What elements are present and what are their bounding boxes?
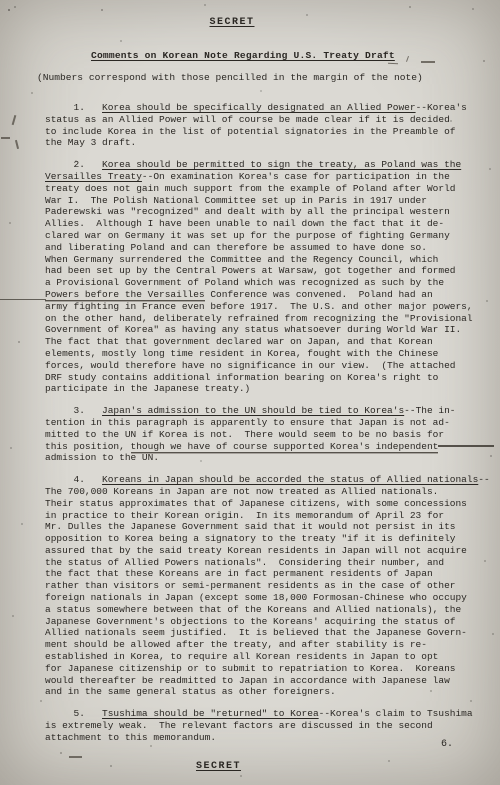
text-line: 3. Japan's admission to the UN should be…: [45, 405, 494, 417]
text-line: to include Korea in the list of potentia…: [45, 126, 494, 138]
text-line: Powers before the Versailles Conference …: [45, 289, 494, 301]
text-line: participate in the Japanese treaty.): [45, 383, 494, 395]
text-line: Allied nationals seem justified. It is b…: [45, 627, 494, 639]
text-segment: rather than visitors or semi-permanent r…: [45, 580, 455, 591]
text-segment: would thereafter be readmitted to Japan …: [45, 675, 450, 686]
document-title: Comments on Korean Note Regarding U.S. T…: [91, 50, 395, 61]
pencil-mark: [1, 137, 10, 139]
text-line: The 700,000 Koreans in Japan are not now…: [45, 486, 494, 498]
text-line: assured that by the said treaty Korean r…: [45, 545, 494, 557]
classification-header: SECRET: [0, 17, 464, 28]
text-segment: army fighting in France even before 1917…: [45, 301, 473, 312]
text-segment: though we have of course supported Korea…: [131, 441, 439, 452]
text-segment: Korea should be specifically designated …: [102, 102, 416, 113]
document-paragraphs: 1. Korea should be specifically designat…: [45, 102, 494, 744]
text-segment: and liberating Poland and can therefore …: [45, 242, 427, 253]
text-segment: treaty does not gain much support from t…: [45, 183, 455, 194]
text-segment: Koreans in Japan should be accorded the …: [102, 474, 478, 485]
text-segment: --Korea's claim to Tsushima: [319, 708, 473, 719]
text-line: army fighting in France even before 1917…: [45, 301, 494, 313]
text-segment: had been set up by the Central Powers at…: [45, 265, 455, 276]
pencil-rule: [438, 445, 494, 446]
text-line: When Germany surrendered the Committee a…: [45, 254, 494, 266]
text-segment: Allied nationals seem justified. It is b…: [45, 627, 467, 638]
text-segment: assured that by the said treaty Korean r…: [45, 545, 467, 556]
text-segment: and in the same general status as other …: [45, 686, 336, 697]
text-segment: in practice to their Korean origin. In i…: [45, 510, 444, 521]
text-segment: status as an Allied Power will of course…: [45, 114, 450, 125]
text-segment: is extremely weak. The relevant factors …: [45, 720, 433, 731]
text-line: 4. Koreans in Japan should be accorded t…: [45, 474, 494, 486]
text-line: clared war on Germany it was set up for …: [45, 230, 494, 242]
text-line: would thereafter be readmitted to Japan …: [45, 675, 494, 687]
text-segment: The fact that that government declared w…: [45, 336, 433, 347]
text-segment: --The in-: [404, 405, 455, 416]
text-segment: Powers before the Versailles: [45, 289, 205, 300]
paragraph: 3. Japan's admission to the UN should be…: [45, 405, 494, 464]
text-line: had been set up by the Central Powers at…: [45, 265, 494, 277]
pencil-mark: [12, 115, 16, 125]
text-segment: clared war on Germany it was set up for …: [45, 230, 450, 241]
text-segment: The 700,000 Koreans in Japan are not now…: [45, 486, 438, 497]
text-segment: the status of Allied Powers nationals". …: [45, 557, 444, 568]
text-line: tention in this paragraph is apparently …: [45, 417, 494, 429]
text-line: ment should be allowed after the treaty,…: [45, 639, 494, 651]
text-segment: Mr. Dulles the Japanese Government said …: [45, 521, 455, 532]
text-segment: ment should be allowed after the treaty,…: [45, 639, 427, 650]
paragraph: 1. Korea should be specifically designat…: [45, 102, 494, 149]
text-segment: 3.: [45, 405, 102, 416]
text-segment: Korea should be permitted to sign the tr…: [102, 159, 461, 170]
classification-footer: SECRET: [0, 761, 437, 772]
text-line: admission to the UN.: [45, 452, 494, 464]
text-segment: participate in the Japanese treaty.): [45, 383, 250, 394]
text-segment: opposition to Korea being a signatory to…: [45, 533, 455, 544]
text-line: Their status approximates that of Japane…: [45, 498, 494, 510]
text-line: War I. The Polish National Committee set…: [45, 195, 494, 207]
text-segment: --Korea's: [416, 102, 467, 113]
text-line: The fact that that government declared w…: [45, 336, 494, 348]
text-segment: forces, would therefore have no signific…: [45, 360, 455, 371]
text-line: Japanese Government's objections to the …: [45, 616, 494, 628]
text-segment: Allies. Although I have been unable to n…: [45, 218, 444, 229]
text-line: the status of Allied Powers nationals". …: [45, 557, 494, 569]
text-segment: a status somewhere between that of the K…: [45, 604, 461, 615]
text-segment: elements, mostly long time resident in K…: [45, 348, 438, 359]
text-segment: Tsushima should be "returned" to Korea: [102, 708, 319, 719]
text-line: 5. Tsushima should be "returned" to Kore…: [45, 708, 494, 720]
text-line: treaty does not gain much support from t…: [45, 183, 494, 195]
text-segment: DRF study contains additional informatio…: [45, 372, 438, 383]
text-segment: this position,: [45, 441, 131, 452]
text-line: in practice to their Korean origin. In i…: [45, 510, 494, 522]
text-segment: established in Korea, to require all Kor…: [45, 651, 438, 662]
document-body: 1. Korea should be specifically designat…: [45, 102, 494, 754]
text-line: for Japanese citizenship or to submit to…: [45, 663, 494, 675]
text-segment: the May 3 draft.: [45, 137, 136, 148]
text-line: rather than visitors or semi-permanent r…: [45, 580, 494, 592]
text-line: is extremely weak. The relevant factors …: [45, 720, 494, 732]
text-segment: for Japanese citizenship or to submit to…: [45, 663, 455, 674]
text-line: and liberating Poland and can therefore …: [45, 242, 494, 254]
text-line: 2. Korea should be permitted to sign the…: [45, 159, 494, 171]
text-segment: Government of Korea" as having any statu…: [45, 324, 461, 335]
text-segment: 5.: [45, 708, 102, 719]
text-line: a Provisional Government of Poland which…: [45, 277, 494, 289]
text-line: Allies. Although I have been unable to n…: [45, 218, 494, 230]
pencil-mark: [69, 756, 82, 758]
text-segment: When Germany surrendered the Committee a…: [45, 254, 438, 265]
text-segment: War I. The Polish National Committee set…: [45, 195, 427, 206]
paragraph: 2. Korea should be permitted to sign the…: [45, 159, 494, 395]
pencil-mark: [15, 140, 19, 149]
text-segment: attachment to this memorandum.: [45, 732, 216, 743]
pencil-mark: [388, 63, 398, 65]
text-segment: --: [478, 474, 489, 485]
text-line: this position, though we have of course …: [45, 441, 494, 453]
text-segment: --On examination Korea's case for partic…: [142, 171, 450, 182]
text-line: the May 3 draft.: [45, 137, 494, 149]
pencil-mark: [421, 61, 435, 63]
text-segment: 4.: [45, 474, 102, 485]
text-line: Versailles Treaty--On examination Korea'…: [45, 171, 494, 183]
text-line: a status somewhere between that of the K…: [45, 604, 494, 616]
text-segment: tention in this paragraph is apparently …: [45, 417, 450, 428]
text-line: Government of Korea" as having any statu…: [45, 324, 494, 336]
text-line: attachment to this memorandum.: [45, 732, 494, 744]
pencil-mark: [406, 56, 409, 62]
text-segment: 2.: [45, 159, 102, 170]
text-line: status as an Allied Power will of course…: [45, 114, 494, 126]
text-segment: Japanese Government's objections to the …: [45, 616, 455, 627]
paragraph: 4. Koreans in Japan should be accorded t…: [45, 474, 494, 698]
text-segment: Versailles Treaty: [45, 171, 142, 182]
text-line: opposition to Korea being a signatory to…: [45, 533, 494, 545]
text-segment: Japan's admission to the UN should be ti…: [102, 405, 404, 416]
text-line: the fact that these Koreans are in fact …: [45, 568, 494, 580]
paper-speckles: [0, 0, 2, 2]
text-line: established in Korea, to require all Kor…: [45, 651, 494, 663]
text-segment: 1.: [45, 102, 102, 113]
text-segment: Their status approximates that of Japane…: [45, 498, 467, 509]
text-line: on the other hand, deliberately refraine…: [45, 313, 494, 325]
text-segment: on the other hand, deliberately refraine…: [45, 313, 473, 324]
text-line: 1. Korea should be specifically designat…: [45, 102, 494, 114]
scanned-document-page: SECRET Comments on Korean Note Regarding…: [0, 0, 500, 785]
text-line: forces, would therefore have no signific…: [45, 360, 494, 372]
text-line: mitted to the UN if Korea is not. There …: [45, 429, 494, 441]
text-segment: foreign nationals in Japan (except some …: [45, 592, 467, 603]
paragraph: 5. Tsushima should be "returned" to Kore…: [45, 708, 494, 743]
text-segment: Paderewski was "recognized" and dealt wi…: [45, 206, 450, 217]
text-line: Paderewski was "recognized" and dealt wi…: [45, 206, 494, 218]
text-line: and in the same general status as other …: [45, 686, 494, 698]
text-segment: the fact that these Koreans are in fact …: [45, 568, 433, 579]
text-segment: to include Korea in the list of potentia…: [45, 126, 455, 137]
text-segment: a Provisional Government of Poland which…: [45, 277, 444, 288]
text-segment: mitted to the UN if Korea is not. There …: [45, 429, 444, 440]
text-segment: admission to the UN.: [45, 452, 159, 463]
document-subtitle: (Numbers correspond with those pencilled…: [37, 72, 423, 83]
text-line: elements, mostly long time resident in K…: [45, 348, 494, 360]
text-segment: Conference was convened. Poland had an: [205, 289, 433, 300]
text-line: Mr. Dulles the Japanese Government said …: [45, 521, 494, 533]
text-line: DRF study contains additional informatio…: [45, 372, 494, 384]
text-line: foreign nationals in Japan (except some …: [45, 592, 494, 604]
page-number: 6.: [441, 739, 453, 750]
